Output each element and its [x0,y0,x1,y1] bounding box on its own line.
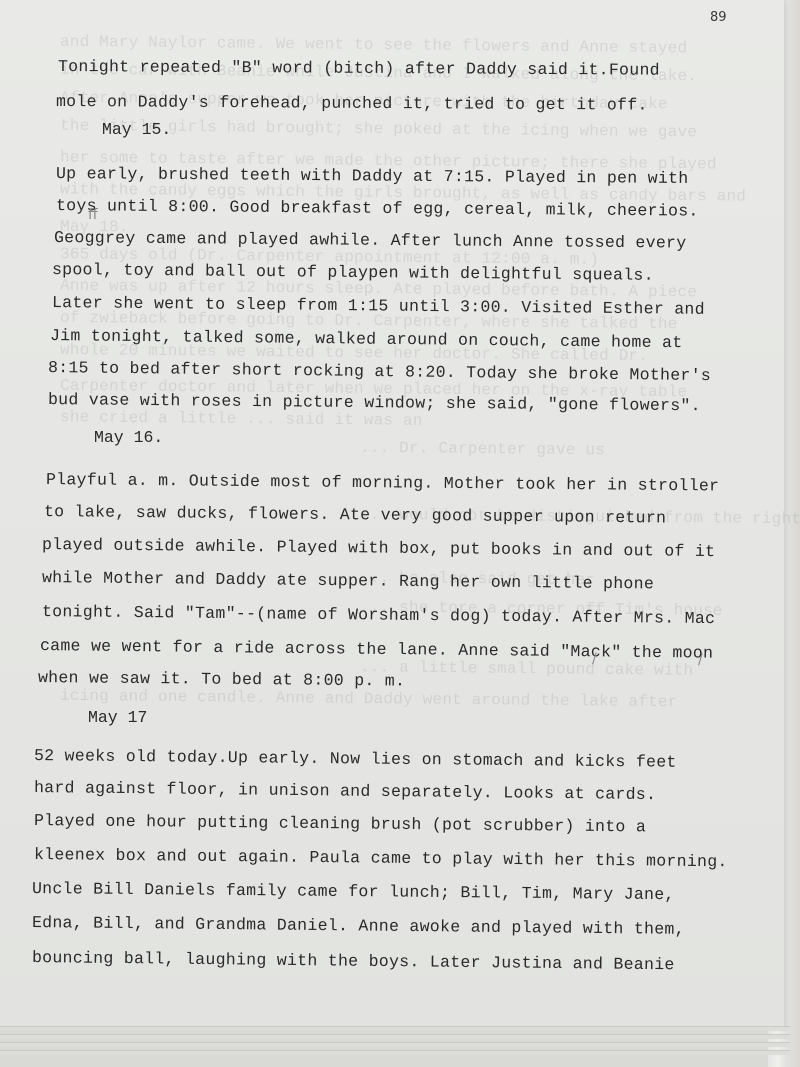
date-heading: May 16. [94,428,163,447]
typed-line: Tonight repeated "B" word (bitch) after … [58,57,660,80]
page-number: 89 [710,10,727,25]
date-heading: May 17 [88,708,147,727]
page-stack-edge [0,1026,790,1031]
typed-line: when we saw it. To bed at 8:00 p. m. [38,668,405,691]
handwritten-slash: / [592,651,597,667]
date-heading: May 15. [102,120,171,139]
page-stack-edge [0,1050,790,1055]
typed-line: mole on Daddy's forehead, punched it, tr… [56,92,648,115]
page-stack-edge [0,1042,790,1047]
page-stack-edge [0,1034,790,1039]
handwritten-slash: / [698,652,703,668]
handwritten-correction: ff [88,207,98,223]
bleed-through-line: ... Dr. Carpenter gave us [360,439,605,460]
